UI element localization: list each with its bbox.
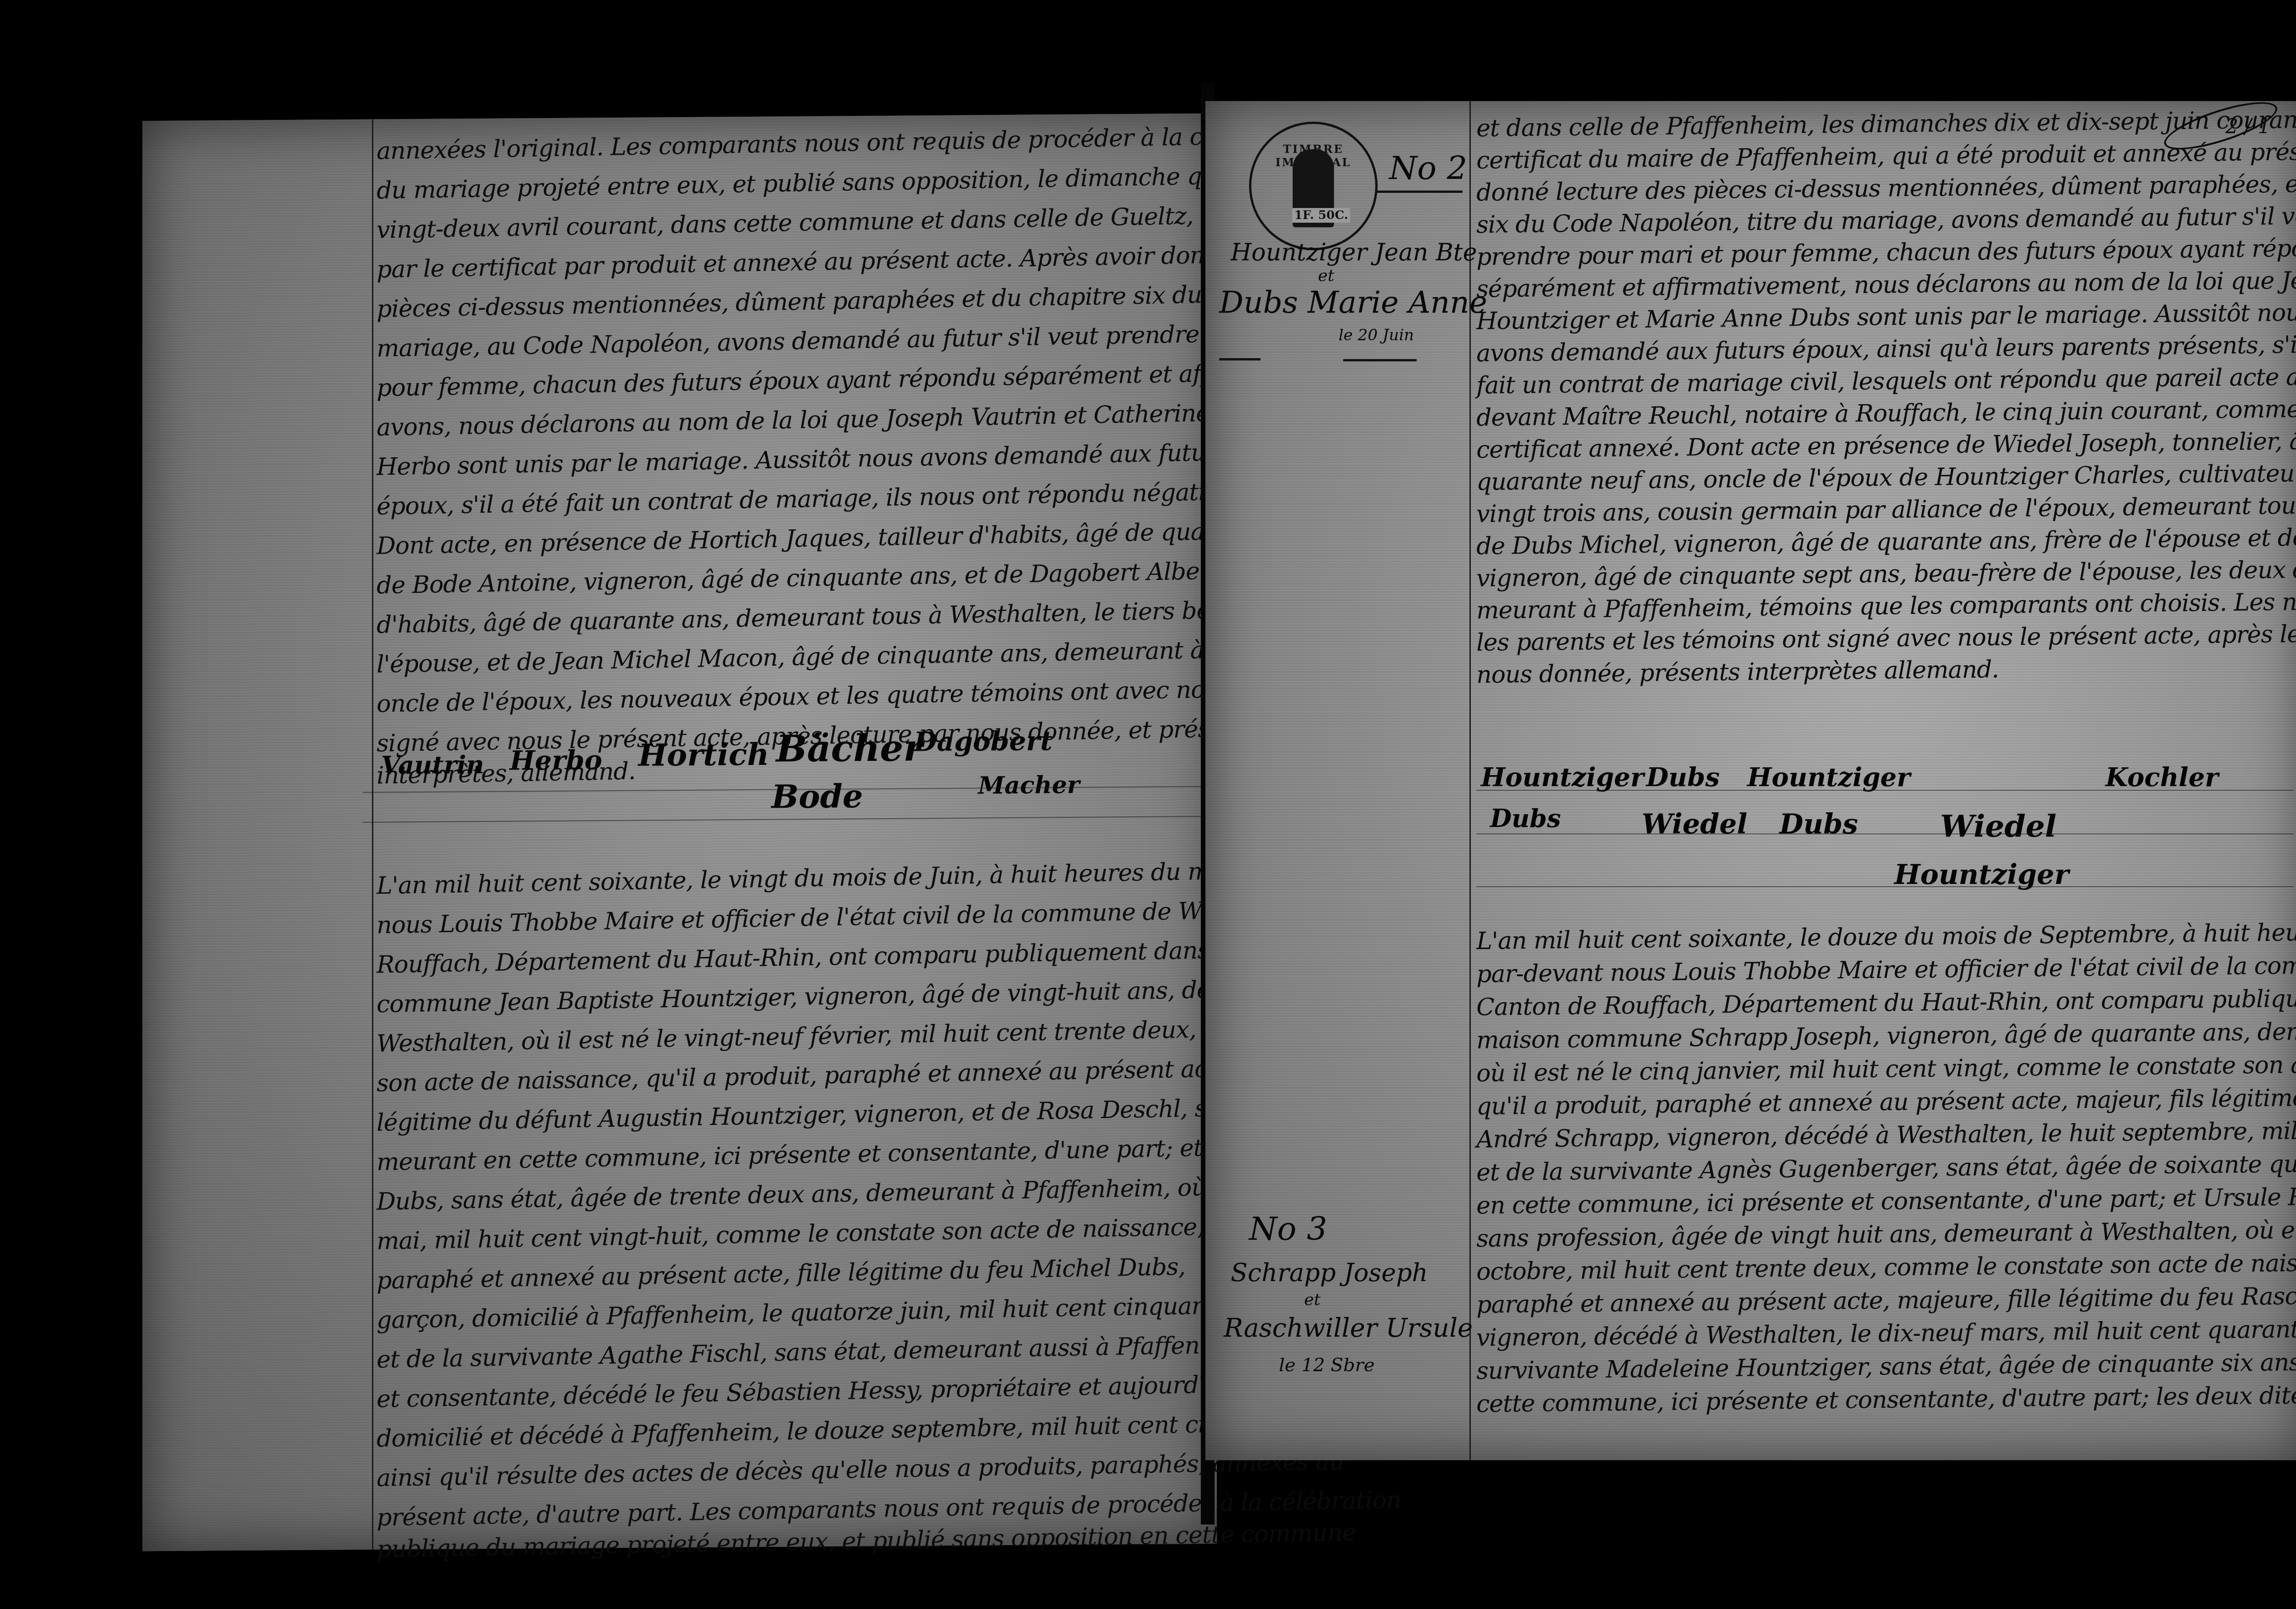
text-line: qu'il a produit, paraphé et annexé au pr…	[1476, 1083, 2296, 1120]
left-register-page: annexées l'original. Les comparants nous…	[142, 113, 1217, 1551]
text-line: Rouffach, Département du Haut-Rhin, ont …	[377, 934, 1328, 979]
text-line: donné lecture des pièces ci-dessus menti…	[1476, 169, 2296, 207]
text-line: certificat annexé. Dont acte en présence…	[1476, 427, 2296, 464]
text-line: paraphé et annexé au présent acte, majeu…	[1476, 1281, 2296, 1319]
text-line: de Bode Antoine, vigneron, âgé de cinqua…	[377, 556, 1318, 600]
text-line: vingt trois ans, cousin germain par alli…	[1476, 489, 2296, 528]
text-line: certificat du maire de Pfaffenheim, qui …	[1476, 136, 2296, 174]
signature: Bode	[771, 777, 863, 816]
text-line: vigneron, âgé de cinquante sept ans, bea…	[1476, 555, 2296, 592]
rule	[1375, 191, 1463, 193]
act-number: No 2	[1389, 149, 1467, 187]
text-line: fait un contrat de mariage civil, lesque…	[1476, 362, 2296, 399]
signature: Dubs	[1490, 804, 1561, 833]
bride-name: Dubs Marie Anne	[1219, 285, 1487, 320]
signature: Kochler	[2105, 762, 2218, 793]
signature: Wiedel	[1940, 808, 2056, 844]
text-line: époux, s'il a été fait un contrat de mar…	[377, 477, 1300, 521]
bride-name: Raschwiller Ursule	[1224, 1313, 1473, 1343]
text-line: avons demandé aux futurs époux, ainsi qu…	[1476, 331, 2296, 367]
ruled-line	[1476, 790, 2294, 791]
signature: Dubs	[1779, 808, 1858, 840]
right-register-page: 2 / 1 TIMBRE IMPERIAL 1F. 50C. No 2 Houn…	[1205, 101, 2296, 1460]
text-line: les parents et les témoins ont signé ave…	[1476, 619, 2296, 657]
text-line: cette commune, ici présente et consentan…	[1476, 1379, 2296, 1418]
text-line: paraphé et annexé au présent acte, fille…	[377, 1253, 1186, 1295]
text-line: garçon, domicilié à Pfaffenheim, le quat…	[377, 1292, 1230, 1334]
text-line: par-devant nous Louis Thobbe Maire et of…	[1476, 950, 2296, 988]
text-line: nous donnée, présents interprètes allema…	[1476, 656, 1999, 689]
text-line: survivante Madeleine Hountziger, sans ét…	[1476, 1347, 2296, 1385]
left-signatures: Vautrin Herbo Hortich Bächer Bode Dagobe…	[142, 113, 1217, 121]
text-line: annexées l'original. Les comparants nous…	[377, 121, 1322, 165]
text-line: sans profession, âgée de vingt huit ans,…	[1476, 1215, 2296, 1253]
groom-name: Hountziger Jean Bte	[1231, 239, 1477, 266]
rule	[1219, 358, 1261, 360]
signature: Hountziger	[1747, 762, 1910, 793]
text-line: de Dubs Michel, vigneron, âgé de quarant…	[1476, 522, 2296, 560]
signature: Wiedel	[1642, 808, 1747, 840]
signature: Herbo	[510, 744, 602, 776]
text-line: quarante neuf ans, oncle de l'époux de H…	[1476, 459, 2296, 496]
text-line: commune Jean Baptiste Hountziger, vigner…	[377, 974, 1331, 1018]
text-line: ainsi qu'il résulte des actes de décès q…	[377, 1448, 1345, 1492]
text-line: meurant à Pfaffenheim, témoins que les c…	[1476, 586, 2296, 624]
text-line: et de la survivante Agnès Gugenberger, s…	[1476, 1148, 2296, 1187]
text-line: en cette commune, ici présente et consen…	[1476, 1182, 2296, 1220]
signature: Bächer	[776, 726, 923, 770]
text-line: L'an mil huit cent soixante, le douze du…	[1476, 917, 2296, 955]
text-line: octobre, mil huit cent trente deux, comm…	[1476, 1247, 2296, 1286]
act-date: le 12 Sbre	[1279, 1355, 1375, 1376]
ruled-line	[1476, 886, 2294, 887]
act-date: le 20 Juin	[1339, 326, 1414, 344]
text-line: Canton de Rouffach, Département du Haut-…	[1476, 983, 2296, 1021]
text-line: où il est né le cinq janvier, mil huit c…	[1476, 1049, 2296, 1087]
text-line: devant Maître Reuchl, notaire à Rouffach…	[1476, 394, 2296, 432]
rule	[1343, 359, 1417, 361]
stamp-value: 1F. 50C.	[1292, 208, 1350, 223]
text-line: prendre pour mari et pour femme, chacun …	[1476, 234, 2296, 271]
text-line: six du Code Napoléon, titre du mariage, …	[1476, 202, 2296, 239]
text-line: Hountziger et Marie Anne Dubs sont unis …	[1476, 299, 2296, 335]
groom-name: Schrapp Joseph	[1231, 1258, 1428, 1287]
text-line: l'épouse, et de Jean Michel Macon, âgé d…	[377, 634, 1339, 679]
conjunction: et	[1318, 266, 1334, 285]
signature: Vautrin	[381, 750, 484, 780]
text-line: du mariage projeté entre eux, et publié …	[377, 161, 1295, 205]
text-line: maison commune Schrapp Joseph, vigneron,…	[1476, 1015, 2296, 1054]
text-line: André Schrapp, vigneron, décédé à Westha…	[1476, 1114, 2296, 1153]
act-number: No 3	[1249, 1210, 1327, 1248]
text-line: séparément et affirmativement, nous décl…	[1476, 265, 2296, 303]
conjunction: et	[1304, 1290, 1321, 1309]
text-line: oncle de l'époux, les nouveaux époux et …	[377, 675, 1232, 718]
signature: Hortich	[638, 737, 769, 773]
text-line: pièces ci-dessus mentionnées, dûment par…	[377, 280, 1296, 323]
signature: Hountziger	[1481, 762, 1644, 793]
left-margin-rule	[372, 119, 373, 1550]
signature: Macher	[978, 771, 1080, 800]
text-line: vigneron, décédé à Westhalten, le dix-ne…	[1476, 1314, 2296, 1352]
signature: Dagobert	[914, 725, 1052, 757]
text-line: Herbo sont unis par le mariage. Aussitôt…	[377, 439, 1229, 481]
text-line: d'habits, âgé de quarante ans, demeurant…	[377, 595, 1340, 639]
ruled-line	[1476, 833, 2294, 834]
ruled-line	[363, 816, 1203, 823]
tax-stamp: TIMBRE IMPERIAL 1F. 50C.	[1249, 122, 1378, 250]
signature: Dubs	[1646, 762, 1720, 793]
text-line: avons, nous déclarons au nom de la loi q…	[377, 399, 1210, 442]
